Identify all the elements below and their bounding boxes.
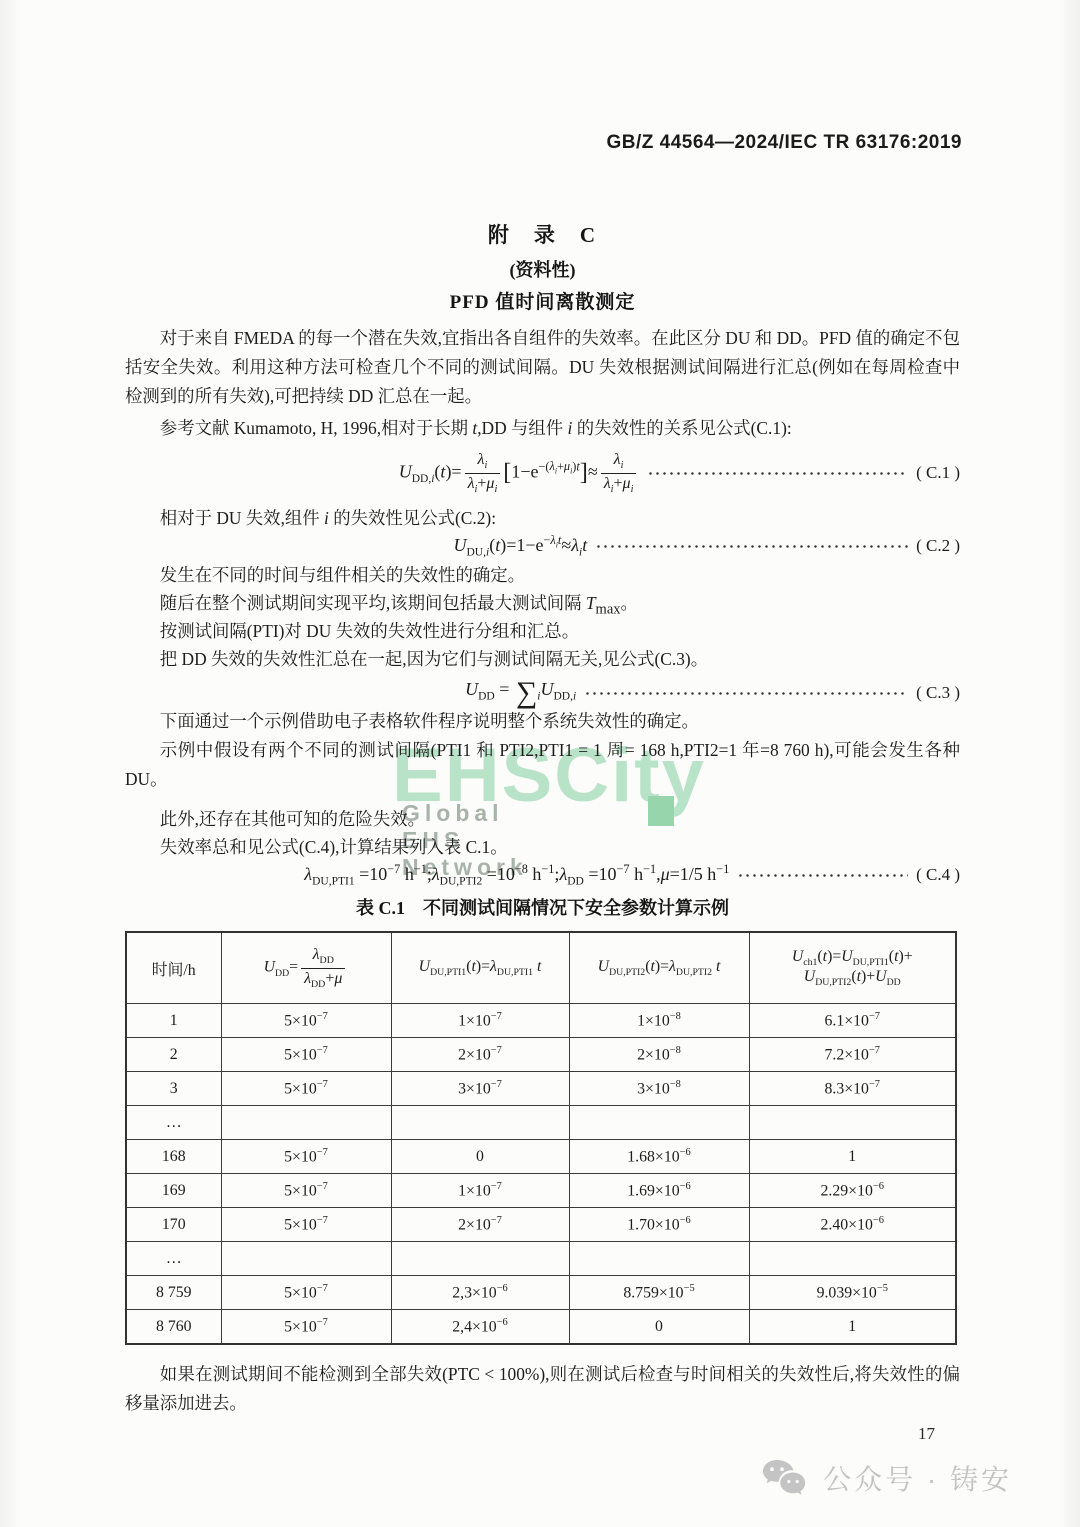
paragraph: 按测试间隔(PTI)对 DU 失效的失效性进行分组和汇总。 [125,617,960,646]
dot-leader [584,691,908,696]
equation-c2: UDU,i(t)=1−e−λit≈λit ( C.2 ) [125,530,960,562]
table-cell: 5×10−7 [221,1140,391,1174]
table-cell: 1.70×10−6 [569,1208,749,1242]
table-cell [749,1106,956,1140]
table-cell: 3×10−8 [569,1072,749,1106]
table-cell: 8.3×10−7 [749,1072,956,1106]
table-cell: 2×10−7 [391,1038,569,1072]
dot-leader [647,471,908,476]
paragraph: 相对于 DU 失效,组件 i 的失效性见公式(C.2): [125,504,960,533]
table-header-cell: Uch1(t)=UDU,PTI1(t)+UDU,PTI2(t)+UDD [749,932,956,1004]
equation-c4: λDU,PTI1 =10−7 h−1;λDU,PTI2 =10−8 h−1;λD… [125,858,960,892]
equation-label: ( C.1 ) [916,463,960,483]
table-row: 25×10−72×10−72×10−87.2×10−7 [126,1038,956,1072]
table-cell [391,1106,569,1140]
table-cell: 0 [569,1310,749,1345]
table-row: 35×10−73×10−73×10−88.3×10−7 [126,1072,956,1106]
table-cell: 1 [749,1140,956,1174]
page-content: 附 录 C (资料性) PFD 值时间离散测定 对于来自 FMEDA 的每一个潜… [125,0,960,1527]
table-row: 15×10−71×10−71×10−86.1×10−7 [126,1004,956,1038]
paragraph: 如果在测试期间不能检测到全部失效(PTC < 100%),则在测试后检查与时间相… [125,1360,960,1418]
paragraph: 下面通过一个示例借助电子表格软件程序说明整个系统失效性的确定。 [125,707,960,736]
table-cell: 5×10−7 [221,1276,391,1310]
table-cell: 2,4×10−6 [391,1310,569,1345]
table-cell: 1×10−7 [391,1004,569,1038]
paragraph: 发生在不同的时间与组件相关的失效性的确定。 [125,561,960,590]
table-cell [221,1242,391,1276]
paragraph: 对于来自 FMEDA 的每一个潜在失效,宜指出各自组件的失效率。在此区分 DU … [125,324,960,411]
table-row: 8 7605×10−72,4×10−601 [126,1310,956,1345]
table-cell: 5×10−7 [221,1174,391,1208]
table-cell: 5×10−7 [221,1208,391,1242]
table-cell [569,1106,749,1140]
table-cell [391,1242,569,1276]
table-cell: 5×10−7 [221,1004,391,1038]
table-cell: 2.40×10−6 [749,1208,956,1242]
table-row: 1695×10−71×10−71.69×10−62.29×10−6 [126,1174,956,1208]
table-cell: 169 [126,1174,221,1208]
table-cell: 5×10−7 [221,1310,391,1345]
table-cell [221,1106,391,1140]
dot-leader [595,544,908,549]
table-cell: 3×10−7 [391,1072,569,1106]
table-cell: … [126,1242,221,1276]
equation-body: UDD = ∑iUDD,i [465,676,576,710]
table-cell: … [126,1106,221,1140]
table-cell: 168 [126,1140,221,1174]
table-cell: 1 [126,1004,221,1038]
table-cell: 0 [391,1140,569,1174]
paragraph: 参考文献 Kumamoto, H, 1996,相对于长期 t,DD 与组件 i … [125,414,960,443]
table-cell: 8 760 [126,1310,221,1345]
table-cell: 2 [126,1038,221,1072]
table-cell: 2.29×10−6 [749,1174,956,1208]
table-row: 1685×10−701.68×10−61 [126,1140,956,1174]
table-cell: 2×10−7 [391,1208,569,1242]
table-cell: 1 [749,1310,956,1345]
table-cell [749,1242,956,1276]
table-header-cell: 时间/h [126,932,221,1004]
table-header-cell: UDU,PTI1(t)=λDU,PTI1 t [391,932,569,1004]
table-cell: 1.69×10−6 [569,1174,749,1208]
table-cell: 5×10−7 [221,1038,391,1072]
table-header-cell: UDD=λDDλDD+μ [221,932,391,1004]
table-cell: 5×10−7 [221,1072,391,1106]
table-cell: 170 [126,1208,221,1242]
equation-label: ( C.3 ) [916,683,960,703]
appendix-title: 附 录 C [125,219,960,249]
table-container: 时间/hUDD=λDDλDD+μUDU,PTI1(t)=λDU,PTI1 tUD… [125,931,960,1345]
equation-body: UDU,i(t)=1−e−λit≈λit [453,533,587,559]
table-cell: 8 759 [126,1276,221,1310]
table-cell: 6.1×10−7 [749,1004,956,1038]
table-cell: 1×10−7 [391,1174,569,1208]
equation-body: λDU,PTI1 =10−7 h−1;λDU,PTI2 =10−8 h−1;λD… [304,862,729,888]
equation-label: ( C.4 ) [916,865,960,885]
safety-parameters-table: 时间/hUDD=λDDλDD+μUDU,PTI1(t)=λDU,PTI1 tUD… [125,931,957,1345]
table-row: 8 7595×10−72,3×10−68.759×10−59.039×10−5 [126,1276,956,1310]
table-cell: 1×10−8 [569,1004,749,1038]
table-header-row: 时间/hUDD=λDDλDD+μUDU,PTI1(t)=λDU,PTI1 tUD… [126,932,956,1004]
table-row: … [126,1106,956,1140]
table-cell: 3 [126,1072,221,1106]
table-row: … [126,1242,956,1276]
equation-c1: UDD,i(t)=λiλi+μi[1−e−(λi+μi)t]≈λiλi+μi (… [125,443,960,503]
table-cell: 1.68×10−6 [569,1140,749,1174]
table-cell: 8.759×10−5 [569,1276,749,1310]
table-cell: 9.039×10−5 [749,1276,956,1310]
table-header-cell: UDU,PTI2(t)=λDU,PTI2 t [569,932,749,1004]
equation-label: ( C.2 ) [916,536,960,556]
table-cell [569,1242,749,1276]
paragraph: 示例中假设有两个不同的测试间隔(PTI1 和 PTI2,PTI1 = 1 周= … [125,736,960,794]
appendix-type: (资料性) [125,256,960,282]
document-page: { "page": { "header": "GB/Z 44564—2024/I… [0,0,1080,1527]
table-row: 1705×10−72×10−71.70×10−62.40×10−6 [126,1208,956,1242]
table-caption: 表 C.1 不同测试间隔情况下安全参数计算示例 [125,894,960,920]
table-body: 15×10−71×10−71×10−86.1×10−725×10−72×10−7… [126,1004,956,1345]
table-cell: 2×10−8 [569,1038,749,1072]
table-cell: 7.2×10−7 [749,1038,956,1072]
equation-body: UDD,i(t)=λiλi+μi[1−e−(λi+μi)t]≈λiλi+μi [399,450,640,497]
appendix-subject-title: PFD 值时间离散测定 [125,287,960,314]
paragraph: 此外,还存在其他可知的危险失效。 [125,805,960,834]
table-cell: 2,3×10−6 [391,1276,569,1310]
dot-leader [737,873,908,878]
